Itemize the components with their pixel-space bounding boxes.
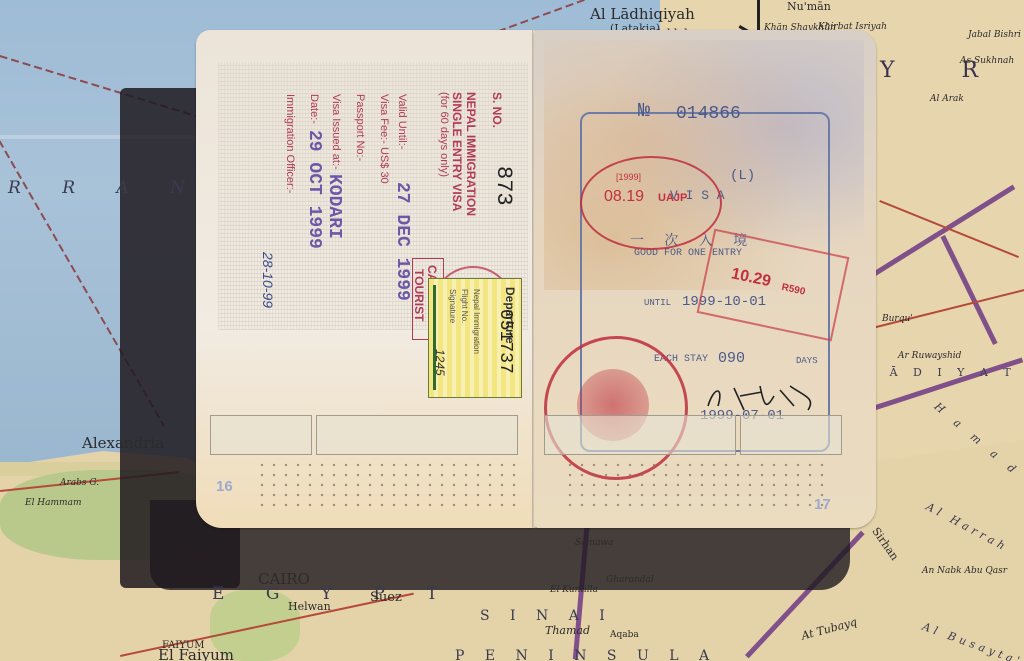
map-label-badiyat: B Ā D I Y A T — [866, 366, 1017, 379]
map-label-el-faiyum: El Faiyum — [158, 646, 234, 661]
entry-stamp-date: 08.19 — [604, 188, 644, 206]
china-visa-number: 014866 — [676, 104, 741, 124]
map-label-sinai: S I N A I — [480, 608, 613, 624]
departure-line-2: Flight No. — [460, 289, 469, 323]
visa-title-line2: SINGLE ENTRY VISA — [450, 92, 464, 211]
visa-category-value: TOURIST — [412, 269, 426, 321]
map-label-alexandria: Alexandria — [82, 434, 164, 452]
china-entry-stamp: [1999] 08.19 UAJP — [580, 156, 722, 250]
visa-officer-label: Immigration Officer:- — [284, 94, 296, 193]
map-label-samawa: Samawa — [575, 538, 614, 548]
map-label-ruwayshid: Ar Ruwayshid — [898, 351, 961, 361]
visa-date-value: 29 OCT 1999 — [304, 130, 324, 249]
departure-number: 051737 — [495, 309, 515, 374]
perforation-dots — [564, 460, 824, 510]
map-label-numan: Nu'mān — [787, 0, 831, 13]
visa-valid-until-value: 27 DEC 1999 — [392, 182, 412, 301]
entry-stamp-year: [1999] — [616, 172, 641, 182]
map-label-al-arak: Al Arak — [930, 94, 964, 104]
map-label-jabal-bishri: Jabal Bishri — [968, 30, 1021, 40]
perforation-dots — [256, 460, 516, 510]
visa-serial-label: S. NO. — [490, 92, 504, 128]
map-label-arabs-gulf: Arabs G. — [60, 478, 99, 488]
visa-issued-at-label: Visa Issued at:- — [330, 94, 342, 170]
china-embassy-seal — [544, 336, 688, 480]
visa-fee: Visa Fee:- US$ 30 — [378, 94, 390, 184]
page-box — [210, 415, 312, 455]
passport-page-right: № 014866 (L) V I S A 一 次 入 境 GOOD FOR ON… — [534, 30, 876, 528]
passport: 873 S. NO. NEPAL IMMIGRATION SINGLE ENTR… — [196, 30, 876, 530]
departure-handwritten: 1245 — [433, 349, 447, 376]
page-box — [740, 415, 842, 455]
visa-title-line3: (for 60 days only) — [438, 92, 450, 177]
visa-passport-no-label: Passport No:- — [354, 94, 366, 161]
departure-stamp: Departure 051737 Nepal Immigration Fligh… — [428, 278, 522, 398]
photo-scene: R R A N Alexandria Arabs G. El Hammam CA… — [0, 0, 1024, 661]
page-number-left: 16 — [216, 478, 233, 495]
exit-stamp-date: 10.29 — [729, 265, 772, 291]
map-label-latakia: Al Lādhiqiyah — [590, 5, 695, 23]
china-visa-stay-value: 090 — [718, 350, 745, 367]
visa-title-line1: NEPAL IMMIGRATION — [464, 92, 478, 216]
map-label-sea: R R A N — [8, 178, 203, 198]
visa-valid-until-label: Valid Until:- — [396, 94, 408, 149]
map-label-an-nabk: An Nabk Abu Qasr — [922, 566, 1007, 576]
page-box — [316, 415, 518, 455]
exit-stamp-code: R590 — [781, 282, 807, 298]
map-label-gharandal: Gharandal — [606, 575, 654, 585]
map-label-egypt: E G Y P T — [212, 584, 456, 604]
china-visa-stay-unit: DAYS — [796, 356, 818, 366]
map-label-suez: Suez — [370, 590, 402, 605]
departure-line-1: Nepal Immigration — [472, 289, 481, 354]
entry-stamp-port: UAJP — [658, 192, 687, 204]
map-label-el-hammam: El Hammam — [25, 498, 82, 508]
consular-signature — [704, 376, 824, 418]
china-visa-number-prefix: № — [638, 100, 650, 123]
page-number-right: 17 — [814, 496, 831, 513]
china-visa-until-label: UNTIL — [644, 298, 671, 308]
map-label-helwan: Helwan — [288, 600, 331, 613]
map-label-as-sukhnah: As Sukhnah — [960, 56, 1014, 66]
map-label-peninsula: P E N I N S U L A — [455, 648, 717, 661]
visa-serial-number: 873 — [491, 166, 516, 206]
map-label-thamad: Thamad — [545, 624, 590, 637]
map-label-kuntilla: El Kuntilla — [550, 585, 598, 595]
china-visa-type: (L) — [730, 168, 755, 184]
visa-handwritten-date: 28-10-99 — [260, 252, 276, 308]
page-box — [544, 415, 736, 455]
map-label-burqu: Burqu' — [882, 314, 913, 324]
departure-line-3: Signature — [448, 289, 457, 323]
visa-date-label: Date:- — [308, 94, 320, 124]
passport-page-left: 873 S. NO. NEPAL IMMIGRATION SINGLE ENTR… — [196, 30, 536, 528]
visa-issued-at-value: KODARI — [324, 174, 344, 239]
map-label-aqaba: Aqaba — [610, 630, 639, 640]
